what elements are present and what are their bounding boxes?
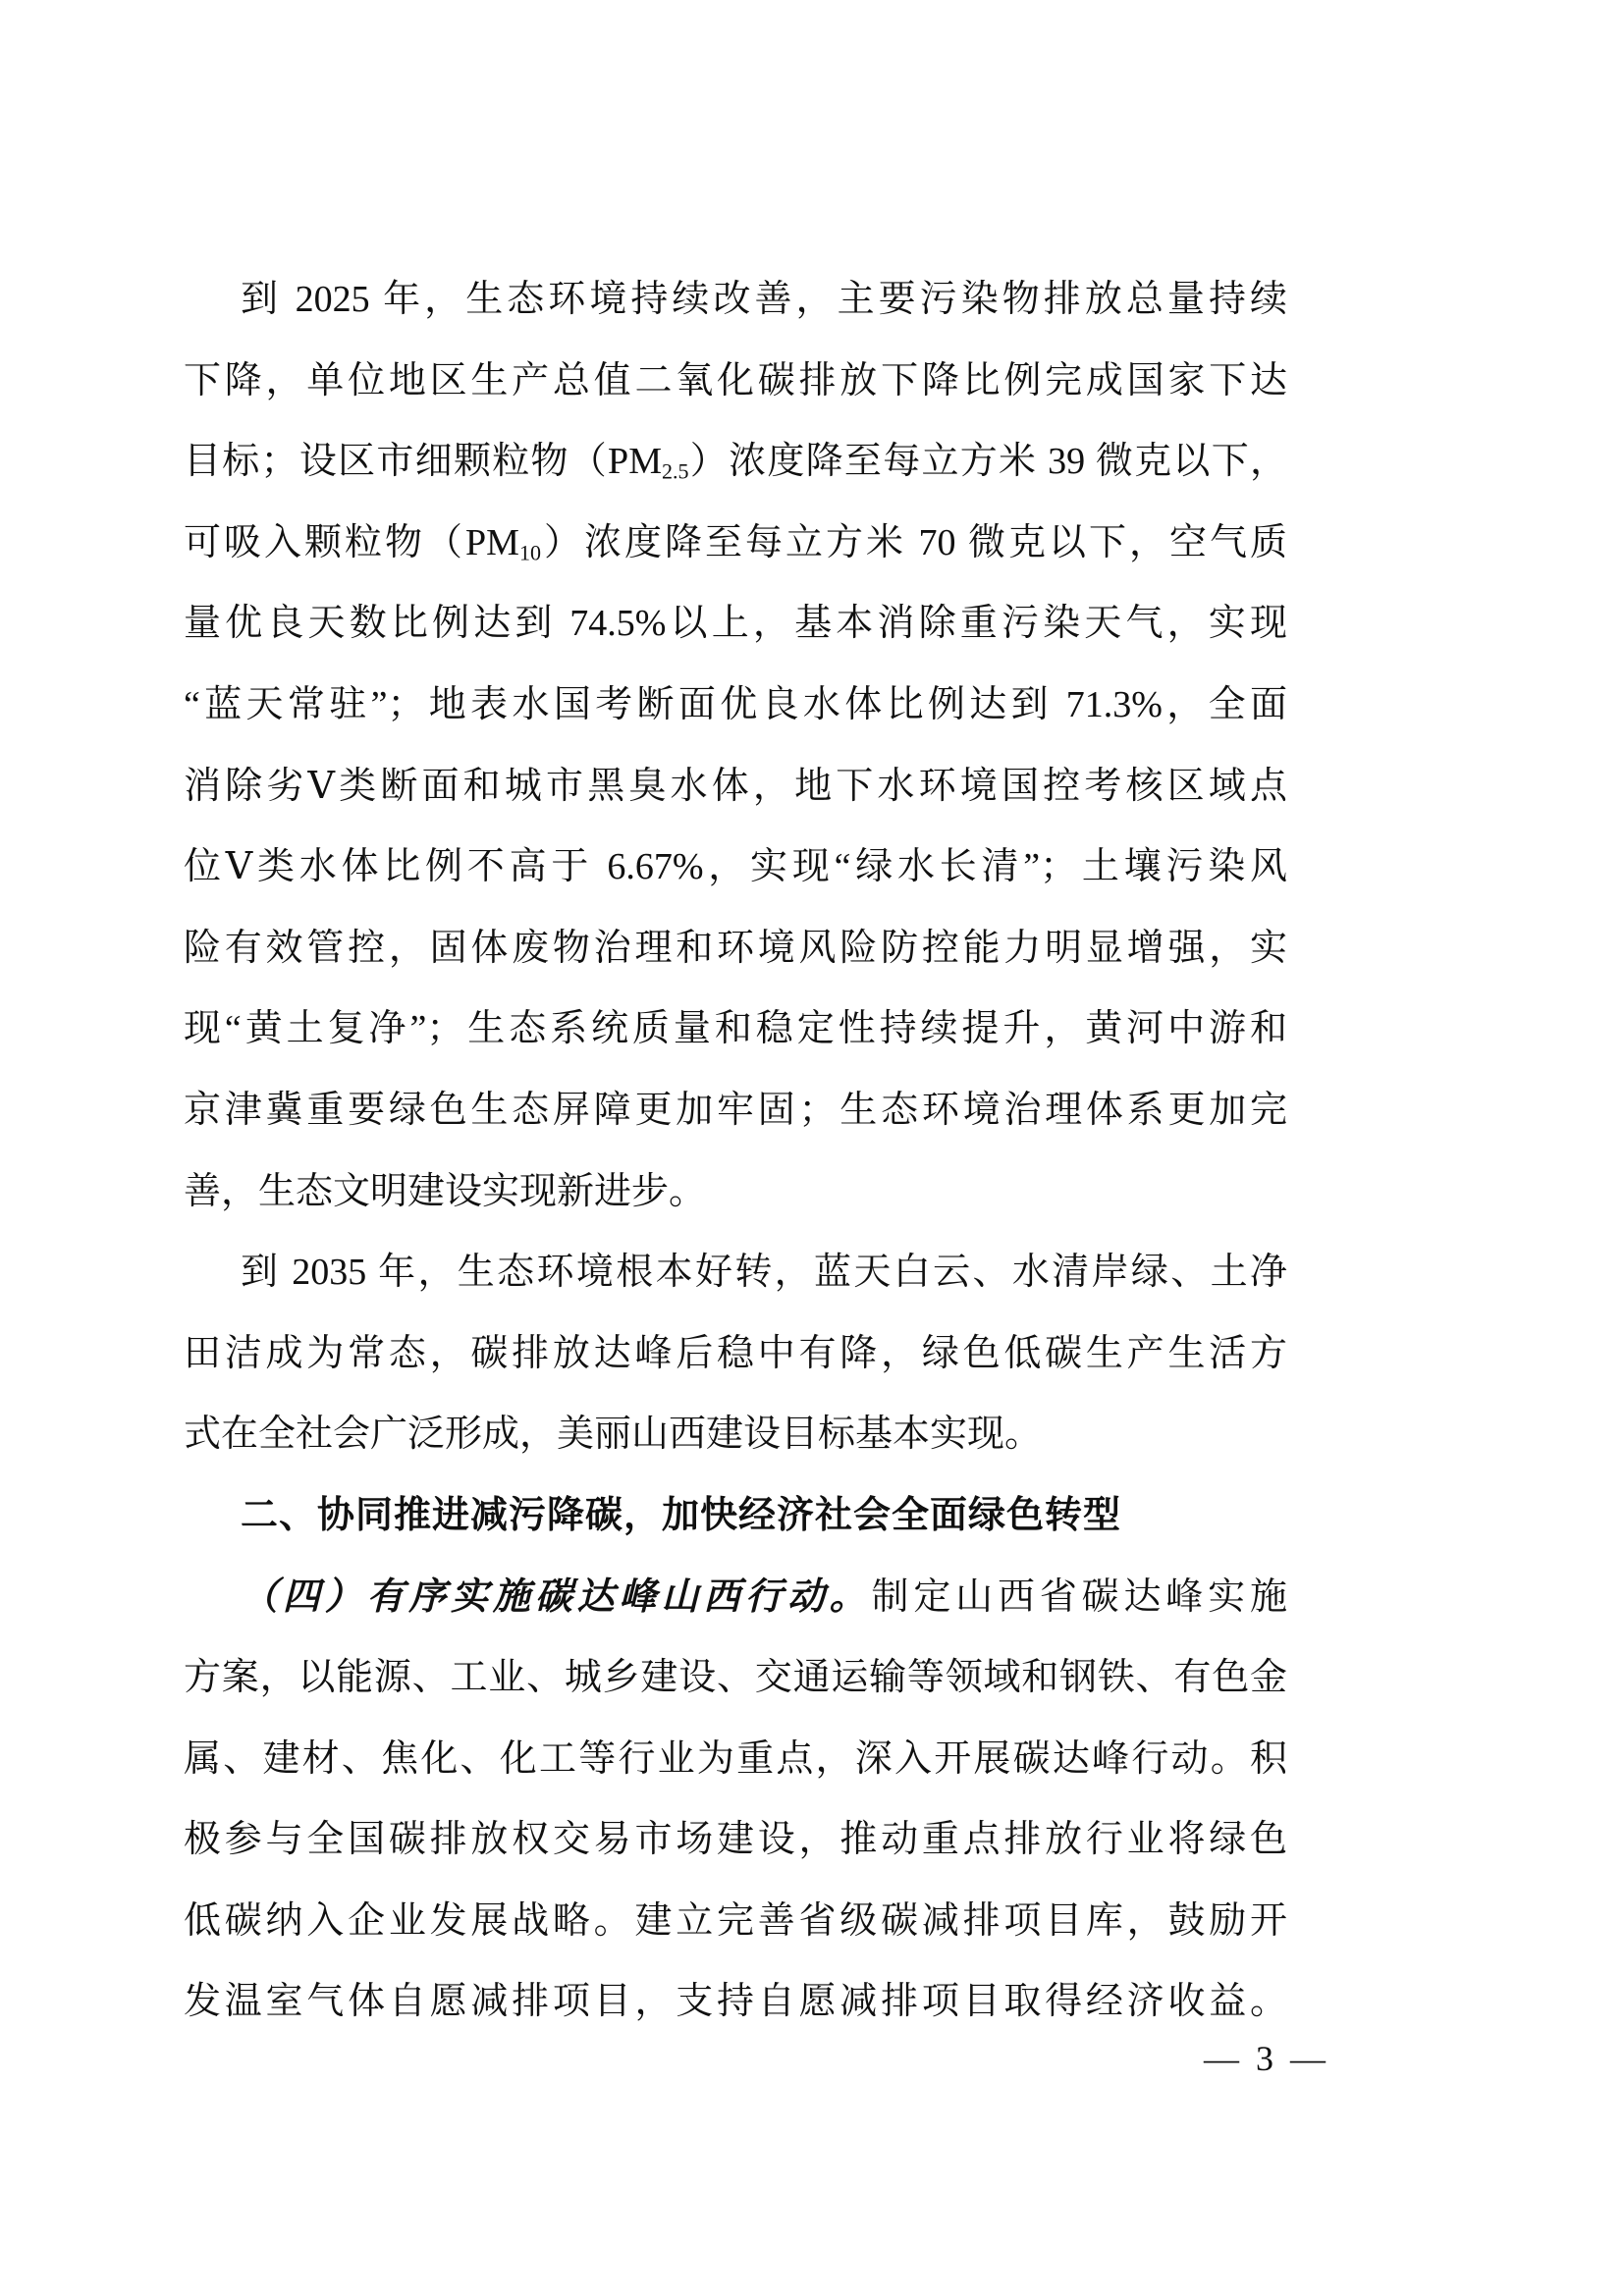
text-line: 消除劣Ⅴ类断面和城市黑臭水体，地下水环境国控考核区域点 bbox=[184, 746, 1287, 828]
text-line: “蓝天常驻”；地表水国考断面优良水体比例达到 71.3%，全面 bbox=[184, 665, 1287, 746]
text-line: 属、建材、焦化、化工等行业为重点，深入开展碳达峰行动。积 bbox=[184, 1719, 1287, 1800]
text-segment: 位Ⅴ类水体比例不高于 6.67%，实现“绿水长清”；土壤污染风 bbox=[184, 846, 1287, 887]
text-segment: 量优良天数比例达到 74.5%以上，基本消除重污染天气，实现 bbox=[184, 603, 1287, 644]
text-segment: 极参与全国碳排放权交易市场建设，推动重点排放行业将绿色 bbox=[184, 1819, 1287, 1860]
text-segment: 善，生态文明建设实现新进步。 bbox=[184, 1171, 706, 1212]
subscript-text: 10 bbox=[519, 540, 541, 564]
text-segment: 发温室气体自愿减排项目，支持自愿减排项目取得经济收益。 bbox=[184, 1981, 1287, 2022]
text-line: 极参与全国碳排放权交易市场建设，推动重点排放行业将绿色 bbox=[184, 1799, 1287, 1881]
text-segment: 二、协同推进减污降碳，加快经济社会全面绿色转型 bbox=[241, 1495, 1121, 1536]
text-line: 式在全社会广泛形成，美丽山西建设目标基本实现。 bbox=[184, 1394, 1287, 1475]
text-line: 田洁成为常态，碳排放达峰后稳中有降，绿色低碳生产生活方 bbox=[184, 1313, 1287, 1395]
text-segment: 京津冀重要绿色生态屏障更加牢固；生态环境治理体系更加完 bbox=[184, 1090, 1287, 1131]
text-line: 发温室气体自愿减排项目，支持自愿减排项目取得经济收益。 bbox=[184, 1961, 1287, 2043]
text-segment: 式在全社会广泛形成，美丽山西建设目标基本实现。 bbox=[184, 1414, 1042, 1455]
text-segment: 田洁成为常态，碳排放达峰后稳中有降，绿色低碳生产生活方 bbox=[184, 1333, 1287, 1374]
page-number: — 3 — bbox=[1204, 2038, 1329, 2079]
text-segment: “蓝天常驻”；地表水国考断面优良水体比例达到 71.3%，全面 bbox=[184, 684, 1287, 725]
text-line: 可吸入颗粒物（PM10）浓度降至每立方米 70 微克以下，空气质 bbox=[184, 503, 1287, 584]
text-segment: 到 2035 年，生态环境根本好转，蓝天白云、水清岸绿、土净 bbox=[241, 1252, 1287, 1293]
text-segment: 方案，以能源、工业、城乡建设、交通运输等领域和钢铁、有色金 bbox=[184, 1657, 1287, 1698]
text-line: 现“黄土复净”；生态系统质量和稳定性持续提升，黄河中游和 bbox=[184, 988, 1287, 1070]
text-segment: 可吸入颗粒物（PM bbox=[184, 522, 519, 563]
clause-title: （四）有序实施碳达峰山西行动。 bbox=[241, 1576, 871, 1618]
text-line: 险有效管控，固体废物治理和环境风险防控能力明显增强，实 bbox=[184, 908, 1287, 989]
text-line: 位Ⅴ类水体比例不高于 6.67%，实现“绿水长清”；土壤污染风 bbox=[184, 827, 1287, 908]
text-line: 京津冀重要绿色生态屏障更加牢固；生态环境治理体系更加完 bbox=[184, 1070, 1287, 1151]
text-segment: 制定山西省碳达峰实施 bbox=[871, 1576, 1287, 1618]
text-segment: 属、建材、焦化、化工等行业为重点，深入开展碳达峰行动。积 bbox=[184, 1738, 1287, 1780]
text-block: 到 2025 年，生态环境持续改善，主要污染物排放总量持续下降，单位地区生产总值… bbox=[184, 259, 1287, 2043]
text-segment: 目标；设区市细颗粒物（PM bbox=[184, 441, 662, 482]
text-line: 量优良天数比例达到 74.5%以上，基本消除重污染天气，实现 bbox=[184, 583, 1287, 665]
subscript-text: 2.5 bbox=[662, 459, 689, 484]
text-line: 善，生态文明建设实现新进步。 bbox=[184, 1151, 1287, 1233]
text-line: 低碳纳入企业发展战略。建立完善省级碳减排项目库，鼓励开 bbox=[184, 1881, 1287, 1962]
text-line: 到 2035 年，生态环境根本好转，蓝天白云、水清岸绿、土净 bbox=[184, 1232, 1287, 1313]
text-segment: ）浓度降至每立方米 70 微克以下，空气质 bbox=[541, 522, 1287, 563]
document-page: 到 2025 年，生态环境持续改善，主要污染物排放总量持续下降，单位地区生产总值… bbox=[0, 0, 1624, 2296]
text-segment: ）浓度降至每立方米 39 微克以下， bbox=[689, 441, 1287, 482]
text-segment: 到 2025 年，生态环境持续改善，主要污染物排放总量持续 bbox=[241, 279, 1287, 320]
text-line: 到 2025 年，生态环境持续改善，主要污染物排放总量持续 bbox=[184, 259, 1287, 341]
text-segment: 下降，单位地区生产总值二氧化碳排放下降比例完成国家下达 bbox=[184, 360, 1287, 401]
text-segment: 低碳纳入企业发展战略。建立完善省级碳减排项目库，鼓励开 bbox=[184, 1900, 1287, 1942]
text-segment: 险有效管控，固体废物治理和环境风险防控能力明显增强，实 bbox=[184, 928, 1287, 969]
text-line: 下降，单位地区生产总值二氧化碳排放下降比例完成国家下达 bbox=[184, 341, 1287, 422]
text-line: 方案，以能源、工业、城乡建设、交通运输等领域和钢铁、有色金 bbox=[184, 1637, 1287, 1719]
text-segment: 现“黄土复净”；生态系统质量和稳定性持续提升，黄河中游和 bbox=[184, 1008, 1287, 1049]
text-line: 目标；设区市细颗粒物（PM2.5）浓度降至每立方米 39 微克以下， bbox=[184, 421, 1287, 503]
text-segment: 消除劣Ⅴ类断面和城市黑臭水体，地下水环境国控考核区域点 bbox=[184, 766, 1287, 807]
text-line: （四）有序实施碳达峰山西行动。制定山西省碳达峰实施 bbox=[184, 1557, 1287, 1638]
section-heading: 二、协同推进减污降碳，加快经济社会全面绿色转型 bbox=[184, 1475, 1287, 1557]
